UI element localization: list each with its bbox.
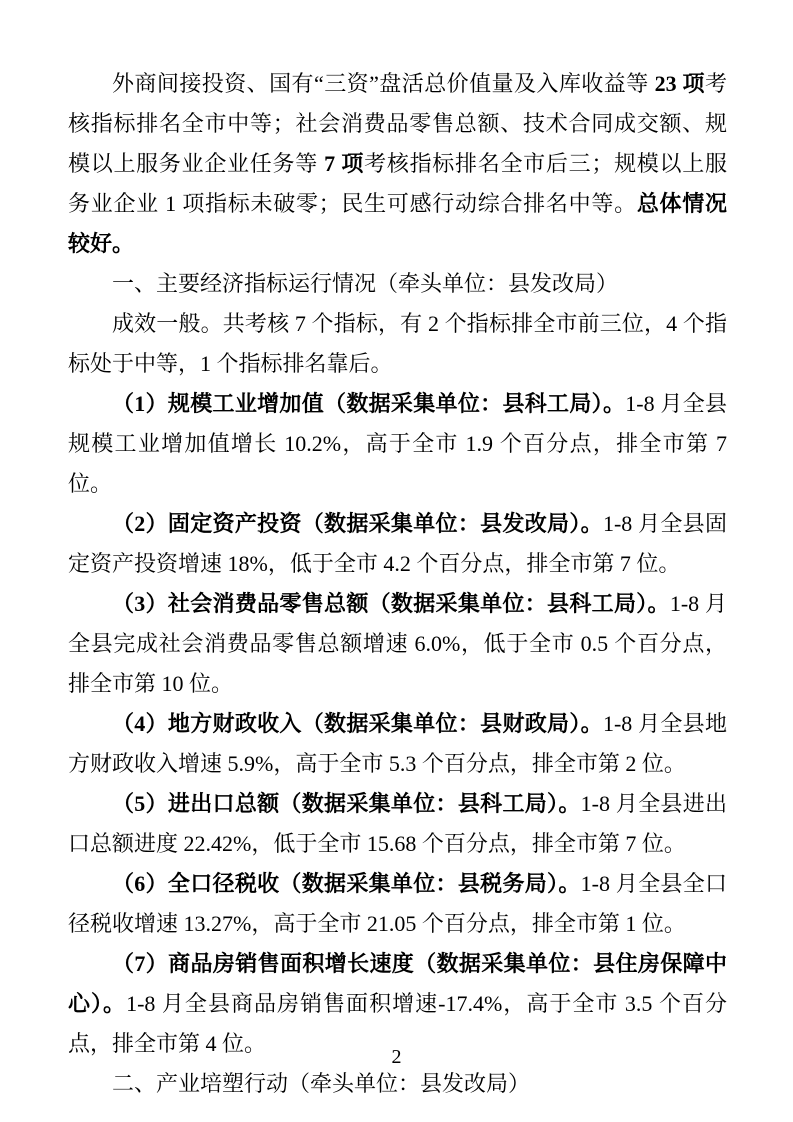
page-number: 2 [0,1042,793,1072]
intro-bold-count-7: 7 项 [324,151,364,176]
indicator-item-5-title: （5）进出口总额（数据采集单位：县科工局）。 [112,791,581,816]
indicator-item-5: （5）进出口总额（数据采集单位：县科工局）。1-8 月全县进出口总额进度 22.… [68,784,727,864]
section-1-heading: 一、主要经济指标运行情况（牵头单位：县发改局） [68,264,727,304]
indicator-item-4: （4）地方财政收入（数据采集单位：县财政局）。1-8 月全县地方财政收入增速 5… [68,704,727,784]
indicator-item-3-title: （3）社会消费品零售总额（数据采集单位：县科工局）。 [112,591,670,616]
document-page: 外商间接投资、国有“三资”盘活总价值量及入库收益等 23 项考核指标排名全市中等… [0,0,793,1122]
indicator-item-1-title: （1）规模工业增加值（数据采集单位：县科工局）。 [112,391,625,416]
indicator-item-6: （6）全口径税收（数据采集单位：县税务局）。1-8 月全县全口径税收增速 13.… [68,864,727,944]
indicator-item-3: （3）社会消费品零售总额（数据采集单位：县科工局）。1-8 月全县完成社会消费品… [68,584,727,704]
intro-paragraph: 外商间接投资、国有“三资”盘活总价值量及入库收益等 23 项考核指标排名全市中等… [68,64,727,264]
page-content: 外商间接投资、国有“三资”盘活总价值量及入库收益等 23 项考核指标排名全市中等… [68,64,727,1104]
indicator-item-1: （1）规模工业增加值（数据采集单位：县科工局）。1-8 月全县规模工业增加值增长… [68,384,727,504]
intro-bold-count-23: 23 项 [655,71,705,96]
section-1-summary: 成效一般。共考核 7 个指标，有 2 个指标排全市前三位，4 个指标处于中等，1… [68,304,727,384]
indicator-item-6-title: （6）全口径税收（数据采集单位：县税务局）。 [112,871,581,896]
indicator-item-2-title: （2）固定资产投资（数据采集单位：县发改局）。 [112,511,603,536]
indicator-item-2: （2）固定资产投资（数据采集单位：县发改局）。1-8 月全县固定资产投资增速 1… [68,504,727,584]
indicator-item-4-title: （4）地方财政收入（数据采集单位：县财政局）。 [112,711,603,736]
intro-text-run: 外商间接投资、国有“三资”盘活总价值量及入库收益等 [112,71,655,96]
